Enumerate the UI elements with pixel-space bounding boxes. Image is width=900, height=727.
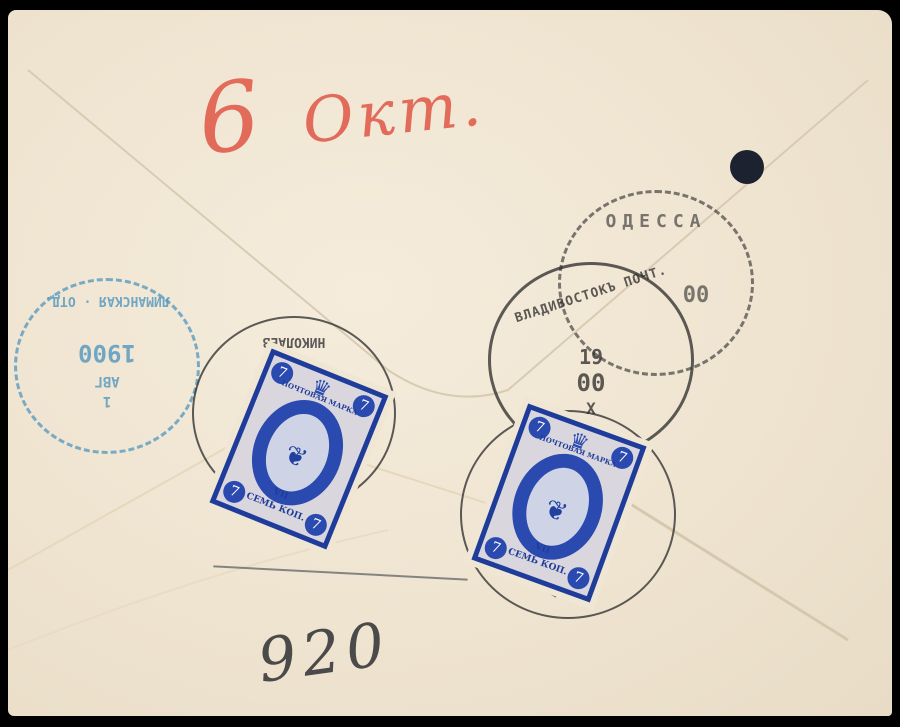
- double-eagle-icon: ❦: [262, 432, 329, 482]
- double-eagle-icon: ❦: [523, 487, 590, 536]
- punch-hole: [730, 150, 764, 184]
- envelope-back: 6 Окт. ЛИМАНСКАЯ · ОТД. 1900 АВГ 1 ОДЕСС…: [8, 10, 892, 716]
- postmark-blue: ЛИМАНСКАЯ · ОТД. 1900 АВГ 1: [14, 278, 200, 454]
